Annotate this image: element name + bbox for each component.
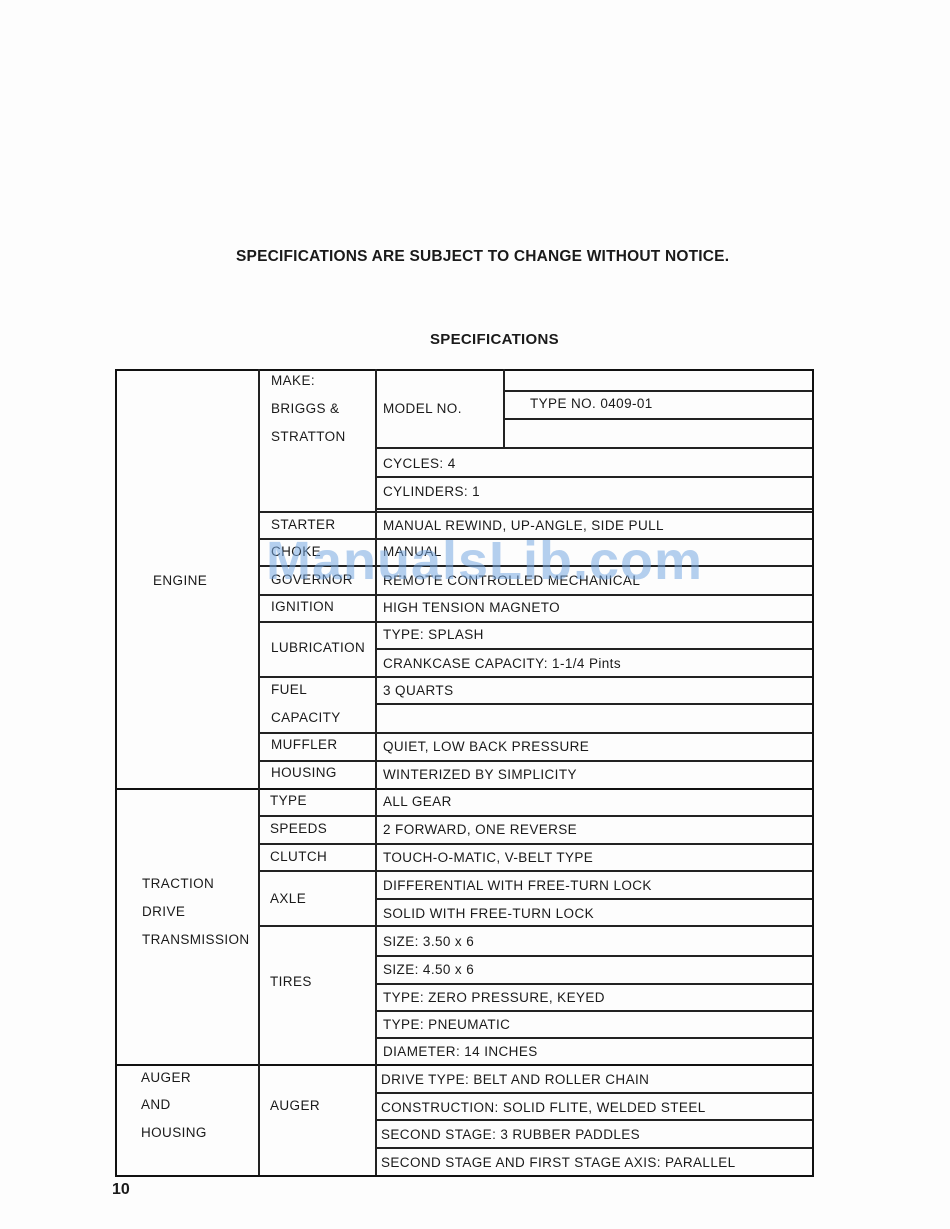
spec-value: DRIVE TYPE: BELT AND ROLLER CHAIN	[381, 1072, 649, 1088]
spec-label-muffler: MUFFLER	[271, 737, 338, 753]
spec-value: SECOND STAGE AND FIRST STAGE AXIS: PARAL…	[381, 1155, 736, 1171]
table-rule	[375, 369, 377, 1175]
spec-label-ignition: IGNITION	[271, 599, 334, 615]
make-label: MAKE:	[271, 373, 315, 389]
spec-label-housing: HOUSING	[271, 765, 337, 781]
table-rule	[115, 369, 812, 371]
spec-value: SOLID WITH FREE-TURN LOCK	[383, 906, 594, 922]
spec-value: TYPE: PNEUMATIC	[383, 1017, 510, 1033]
table-rule	[375, 898, 812, 900]
spec-value: QUIET, LOW BACK PRESSURE	[383, 739, 589, 755]
make-label: STRATTON	[271, 429, 346, 445]
table-rule	[258, 815, 812, 817]
model-no-label: MODEL NO.	[383, 401, 462, 417]
spec-label-clutch: CLUTCH	[270, 849, 327, 865]
spec-label-tires: TIRES	[270, 974, 312, 990]
notice-heading: SPECIFICATIONS ARE SUBJECT TO CHANGE WIT…	[236, 248, 729, 266]
table-rule	[258, 870, 812, 872]
spec-value: MANUAL REWIND, UP-ANGLE, SIDE PULL	[383, 518, 664, 534]
table-rule	[375, 1010, 812, 1012]
table-rule	[375, 1092, 812, 1094]
spec-label-starter: STARTER	[271, 517, 336, 533]
page-title: SPECIFICATIONS	[430, 331, 559, 348]
spec-value: 3 QUARTS	[383, 683, 453, 699]
spec-label-type: TYPE	[270, 793, 307, 809]
spec-label-governor: GOVERNOR	[271, 572, 353, 588]
table-rule	[375, 1037, 812, 1039]
table-rule	[503, 418, 812, 420]
table-rule	[375, 1119, 812, 1121]
spec-label-fuel-capacity: FUEL	[271, 682, 307, 698]
make-label: BRIGGS &	[271, 401, 339, 417]
table-rule	[258, 538, 812, 540]
spec-label-auger: AUGER	[270, 1098, 320, 1114]
table-rule	[375, 508, 812, 510]
spec-label-fuel-capacity: CAPACITY	[271, 710, 341, 726]
table-rule	[375, 447, 812, 449]
table-rule	[115, 1175, 814, 1177]
page-number: 10	[112, 1181, 130, 1199]
table-rule	[258, 621, 812, 623]
section-label-engine: ENGINE	[153, 573, 207, 589]
table-rule	[375, 648, 812, 650]
spec-value: TYPE: SPLASH	[383, 627, 484, 643]
spec-label-choke: CHOKE	[271, 544, 321, 560]
section-label-traction: TRACTION	[142, 876, 214, 892]
table-rule	[115, 1064, 812, 1066]
table-rule	[258, 760, 812, 762]
section-label-auger: AUGER	[141, 1070, 191, 1086]
table-rule	[503, 390, 812, 392]
table-rule	[375, 1147, 812, 1149]
table-rule	[115, 369, 117, 1177]
section-label-traction: DRIVE	[142, 904, 185, 920]
section-label-auger: HOUSING	[141, 1125, 207, 1141]
spec-value: TYPE: ZERO PRESSURE, KEYED	[383, 990, 605, 1006]
spec-label-axle: AXLE	[270, 891, 306, 907]
table-rule	[258, 676, 812, 678]
spec-value: SIZE: 3.50 x 6	[383, 934, 474, 950]
table-rule	[503, 369, 505, 447]
table-rule	[375, 983, 812, 985]
spec-value: SECOND STAGE: 3 RUBBER PADDLES	[381, 1127, 640, 1143]
table-rule	[258, 565, 812, 567]
spec-label-lubrication: LUBRICATION	[271, 640, 365, 656]
table-rule	[375, 955, 812, 957]
spec-value: WINTERIZED BY SIMPLICITY	[383, 767, 577, 783]
table-rule	[375, 703, 812, 705]
cylinders-value: CYLINDERS: 1	[383, 484, 480, 500]
table-rule	[375, 476, 812, 478]
section-label-auger: AND	[141, 1097, 171, 1113]
spec-value: 2 FORWARD, ONE REVERSE	[383, 822, 577, 838]
table-rule	[258, 732, 812, 734]
spec-value: HIGH TENSION MAGNETO	[383, 600, 560, 616]
table-rule	[115, 788, 812, 790]
model-no-value: TYPE NO. 0409-01	[530, 396, 653, 412]
table-rule	[258, 369, 260, 1175]
spec-value: DIFFERENTIAL WITH FREE-TURN LOCK	[383, 878, 652, 894]
spec-value: SIZE: 4.50 x 6	[383, 962, 474, 978]
spec-value: CRANKCASE CAPACITY: 1-1/4 Pints	[383, 656, 621, 672]
cycles-value: CYCLES: 4	[383, 456, 456, 472]
table-rule	[258, 925, 812, 927]
spec-value: ALL GEAR	[383, 794, 452, 810]
spec-value: CONSTRUCTION: SOLID FLITE, WELDED STEEL	[381, 1100, 706, 1116]
spec-value: TOUCH-O-MATIC, V-BELT TYPE	[383, 850, 593, 866]
table-rule	[812, 369, 814, 1175]
table-rule	[258, 511, 812, 513]
table-rule	[258, 594, 812, 596]
spec-label-speeds: SPEEDS	[270, 821, 327, 837]
table-rule	[258, 843, 812, 845]
spec-value: MANUAL	[383, 544, 442, 560]
spec-value: DIAMETER: 14 INCHES	[383, 1044, 538, 1060]
spec-value: REMOTE CONTROLLED MECHANICAL	[383, 573, 640, 589]
section-label-traction: TRANSMISSION	[142, 932, 250, 948]
